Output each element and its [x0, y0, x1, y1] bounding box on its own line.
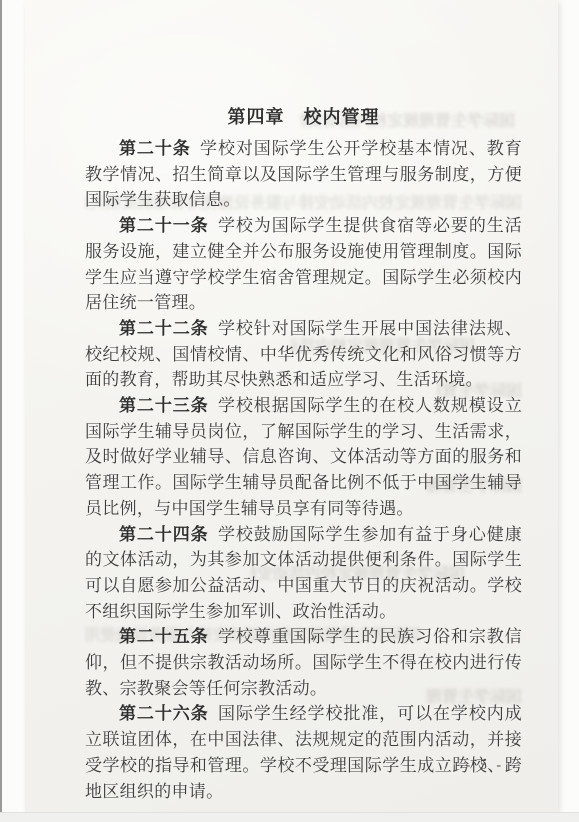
article-number: 第二十一条	[119, 216, 209, 235]
scan-edge-line	[0, 0, 2, 822]
article-number: 第二十条	[119, 139, 191, 158]
article-number: 第二十五条	[119, 627, 209, 646]
chapter-title: 第四章 校内管理	[85, 104, 522, 131]
article-paragraph-22: 第二十二条学校针对国际学生开展中国法律法规、校纪校规、国情校情、中华优秀传统文化…	[85, 316, 522, 393]
article-paragraph-21: 第二十一条学校为国际学生提供食宿等必要的生活服务设施，建立健全并公布服务设施使用…	[85, 213, 522, 316]
scan-bottom-strip	[0, 812, 579, 822]
article-number: 第二十二条	[119, 319, 209, 338]
article-number: 第二十三条	[119, 396, 209, 415]
scanned-document: 国际学生管理规定校内活动安排与服务设施使用管理制度相关条款内容国际学生管理规定校…	[0, 0, 579, 822]
article-number: 第二十六条	[119, 704, 209, 723]
article-paragraph-20: 第二十条学校对国际学生公开学校基本情况、教育教学情况、招生简章以及国际学生管理与…	[85, 136, 522, 213]
article-paragraph-25: 第二十五条学校尊重国际学生的民族习俗和宗教信仰，但不提供宗教活动场所。国际学生不…	[85, 624, 522, 701]
article-paragraph-26: 第二十六条国际学生经学校批准，可以在学校内成立联谊团体，在中国法律、法规规定的范…	[85, 701, 522, 804]
page-number: - 5 -	[85, 758, 522, 774]
article-number: 第二十四条	[119, 525, 209, 544]
article-paragraph-23: 第二十三条学校根据国际学生的在校人数规模设立国际学生辅导员岗位，了解国际学生的学…	[85, 393, 522, 522]
paper-page: 国际学生管理规定校内活动安排与服务设施使用管理制度相关条款内容国际学生管理规定校…	[25, 0, 558, 812]
article-paragraph-24: 第二十四条学校鼓励国际学生参加有益于身心健康的文体活动，为其参加文体活动提供便利…	[85, 522, 522, 625]
document-body: 第四章 校内管理 第二十条学校对国际学生公开学校基本情况、教育教学情况、招生简章…	[85, 0, 522, 804]
